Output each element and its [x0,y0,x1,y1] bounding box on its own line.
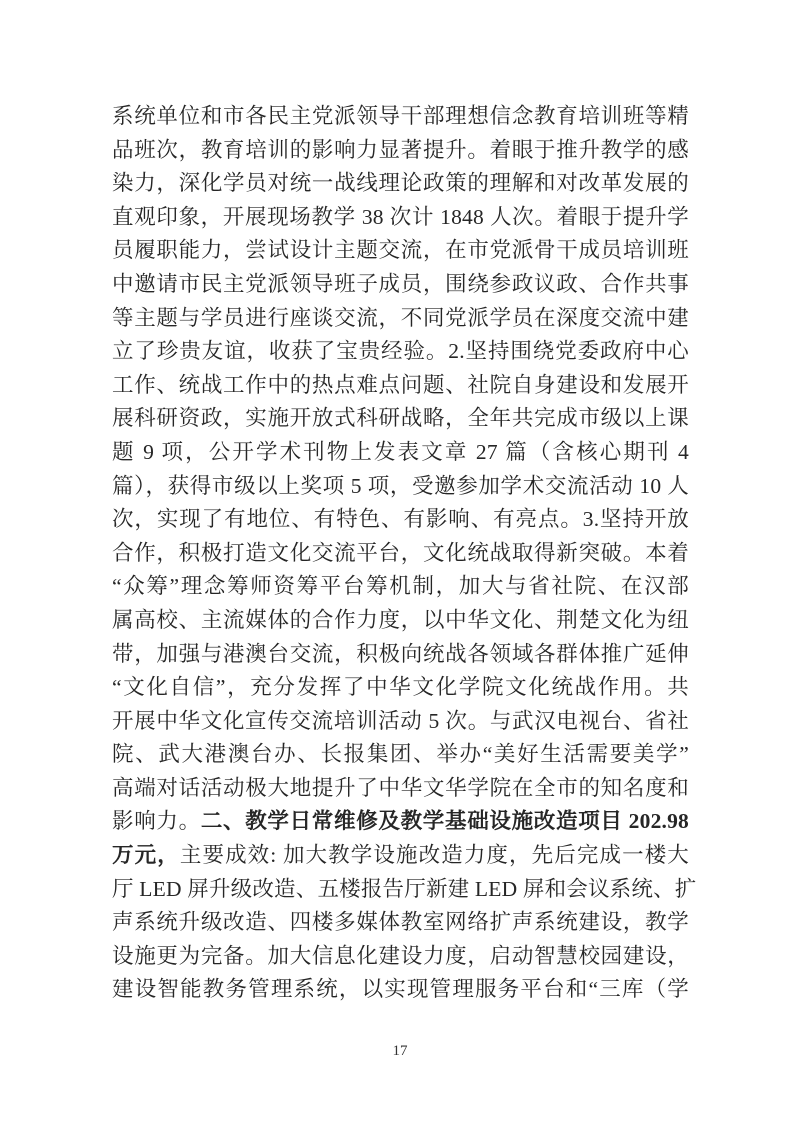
text-line: 立了珍贵友谊，收获了宝贵经验。2.坚持围绕党委政府中心 [112,335,689,369]
text-segment: 设施更为完备。加大信息化建设力度，启动智慧校园建设， [112,944,689,968]
text-segment: 院、武大港澳台办、长报集团、举办“美好生活需要美学” [112,742,689,766]
text-segment: 主要成效: 加大教学设施改造力度，先后完成一楼大 [180,843,689,867]
text-segment: 带，加强与港澳台交流，积极向统战各领域各群体推广延伸 [112,642,689,666]
text-line: 万元，主要成效: 加大教学设施改造力度，先后完成一楼大 [112,839,689,873]
text-line: 系统单位和市各民主党派领导干部理想信念教育培训班等精 [112,100,689,134]
text-line: 直观印象，开展现场教学 38 次计 1848 人次。着眼于提升学 [112,201,689,235]
text-line: 开展中华文化宣传交流培训活动 5 次。与武汉电视台、省社 [112,705,689,739]
text-line: 合作，积极打造文化交流平台，文化统战取得新突破。本着 [112,537,689,571]
text-line: 厅 LED 屏升级改造、五楼报告厅新建 LED 屏和会议系统、扩 [112,873,689,907]
text-line: 等主题与学员进行座谈交流，不同党派学员在深度交流中建 [112,302,689,336]
page-number: 17 [0,1043,800,1060]
text-segment: 中邀请市民主党派领导班子成员，围绕参政议政、合作共事 [112,272,689,296]
document-page: 系统单位和市各民主党派领导干部理想信念教育培训班等精品班次，教育培训的影响力显著… [0,0,800,1130]
text-line: 声系统升级改造、四楼多媒体教室网络扩声系统建设，教学 [112,906,689,940]
text-segment: 合作，积极打造文化交流平台，文化统战取得新突破。本着 [112,541,689,565]
text-line: 带，加强与港澳台交流，积极向统战各领域各群体推广延伸 [112,638,689,672]
text-line: 染力，深化学员对统一战线理论政策的理解和对改革发展的 [112,167,689,201]
document-body: 系统单位和市各民主党派领导干部理想信念教育培训班等精品班次，教育培训的影响力显著… [112,100,689,1007]
text-line: 属高校、主流媒体的合作力度，以中华文化、荆楚文化为纽 [112,604,689,638]
text-line: 设施更为完备。加大信息化建设力度，启动智慧校园建设， [112,940,689,974]
text-segment: 展科研资政，实施开放式科研战略，全年共完成市级以上课 [112,406,689,430]
text-line: 建设智能教务管理系统，以实现管理服务平台和“三库（学 [112,973,689,1007]
text-segment: 直观印象，开展现场教学 38 次计 1848 人次。着眼于提升学 [112,205,689,229]
text-segment: 等主题与学员进行座谈交流，不同党派学员在深度交流中建 [112,306,689,330]
text-segment: 声系统升级改造、四楼多媒体教室网络扩声系统建设，教学 [112,910,689,934]
text-segment: 系统单位和市各民主党派领导干部理想信念教育培训班等精 [112,104,689,128]
text-segment: 品班次，教育培训的影响力显著提升。着眼于推升教学的感 [112,138,689,162]
text-segment: 二、教学日常维修及教学基础设施改造项目 202.98 [201,809,689,833]
text-line: 员履职能力，尝试设计主题交流，在市党派骨干成员培训班 [112,234,689,268]
text-segment: 影响力。 [112,809,201,833]
text-line: 展科研资政，实施开放式科研战略，全年共完成市级以上课 [112,402,689,436]
text-line: 品班次，教育培训的影响力显著提升。着眼于推升教学的感 [112,134,689,168]
text-segment: 厅 LED 屏升级改造、五楼报告厅新建 LED 屏和会议系统、扩 [112,877,697,901]
text-line: 高端对话活动极大地提升了中华文华学院在全市的知名度和 [112,772,689,806]
text-segment: 篇），获得市级以上奖项 5 项，受邀参加学术交流活动 10 人 [112,474,689,498]
text-segment: 员履职能力，尝试设计主题交流，在市党派骨干成员培训班 [112,238,689,262]
text-segment: 工作、统战工作中的热点难点问题、社院自身建设和发展开 [112,373,689,397]
text-segment: 立了珍贵友谊，收获了宝贵经验。2.坚持围绕党委政府中心 [112,339,689,363]
text-line: 院、武大港澳台办、长报集团、举办“美好生活需要美学” [112,738,689,772]
text-line: 工作、统战工作中的热点难点问题、社院自身建设和发展开 [112,369,689,403]
text-segment: 次，实现了有地位、有特色、有影响、有亮点。3.坚持开放 [112,507,689,531]
text-line: 中邀请市民主党派领导班子成员，围绕参政议政、合作共事 [112,268,689,302]
text-line: 篇），获得市级以上奖项 5 项，受邀参加学术交流活动 10 人 [112,470,689,504]
text-line: “众筹”理念筹师资筹平台筹机制，加大与省社院、在汉部 [112,570,689,604]
text-segment: 属高校、主流媒体的合作力度，以中华文化、荆楚文化为纽 [112,608,689,632]
text-line: “文化自信”，充分发挥了中华文化学院文化统战作用。共 [112,671,689,705]
text-segment: 题 9 项，公开学术刊物上发表文章 27 篇（含核心期刊 4 [112,440,689,464]
text-line: 次，实现了有地位、有特色、有影响、有亮点。3.坚持开放 [112,503,689,537]
text-segment: “众筹”理念筹师资筹平台筹机制，加大与省社院、在汉部 [112,574,689,598]
text-segment: 染力，深化学员对统一战线理论政策的理解和对改革发展的 [112,171,689,195]
text-segment: 开展中华文化宣传交流培训活动 5 次。与武汉电视台、省社 [112,709,689,733]
text-line: 题 9 项，公开学术刊物上发表文章 27 篇（含核心期刊 4 [112,436,689,470]
text-segment: “文化自信”，充分发挥了中华文化学院文化统战作用。共 [112,675,689,699]
text-line: 影响力。二、教学日常维修及教学基础设施改造项目 202.98 [112,805,689,839]
text-segment: 高端对话活动极大地提升了中华文华学院在全市的知名度和 [112,776,689,800]
text-segment: 万元， [112,843,180,867]
text-segment: 建设智能教务管理系统，以实现管理服务平台和“三库（学 [112,977,689,1001]
